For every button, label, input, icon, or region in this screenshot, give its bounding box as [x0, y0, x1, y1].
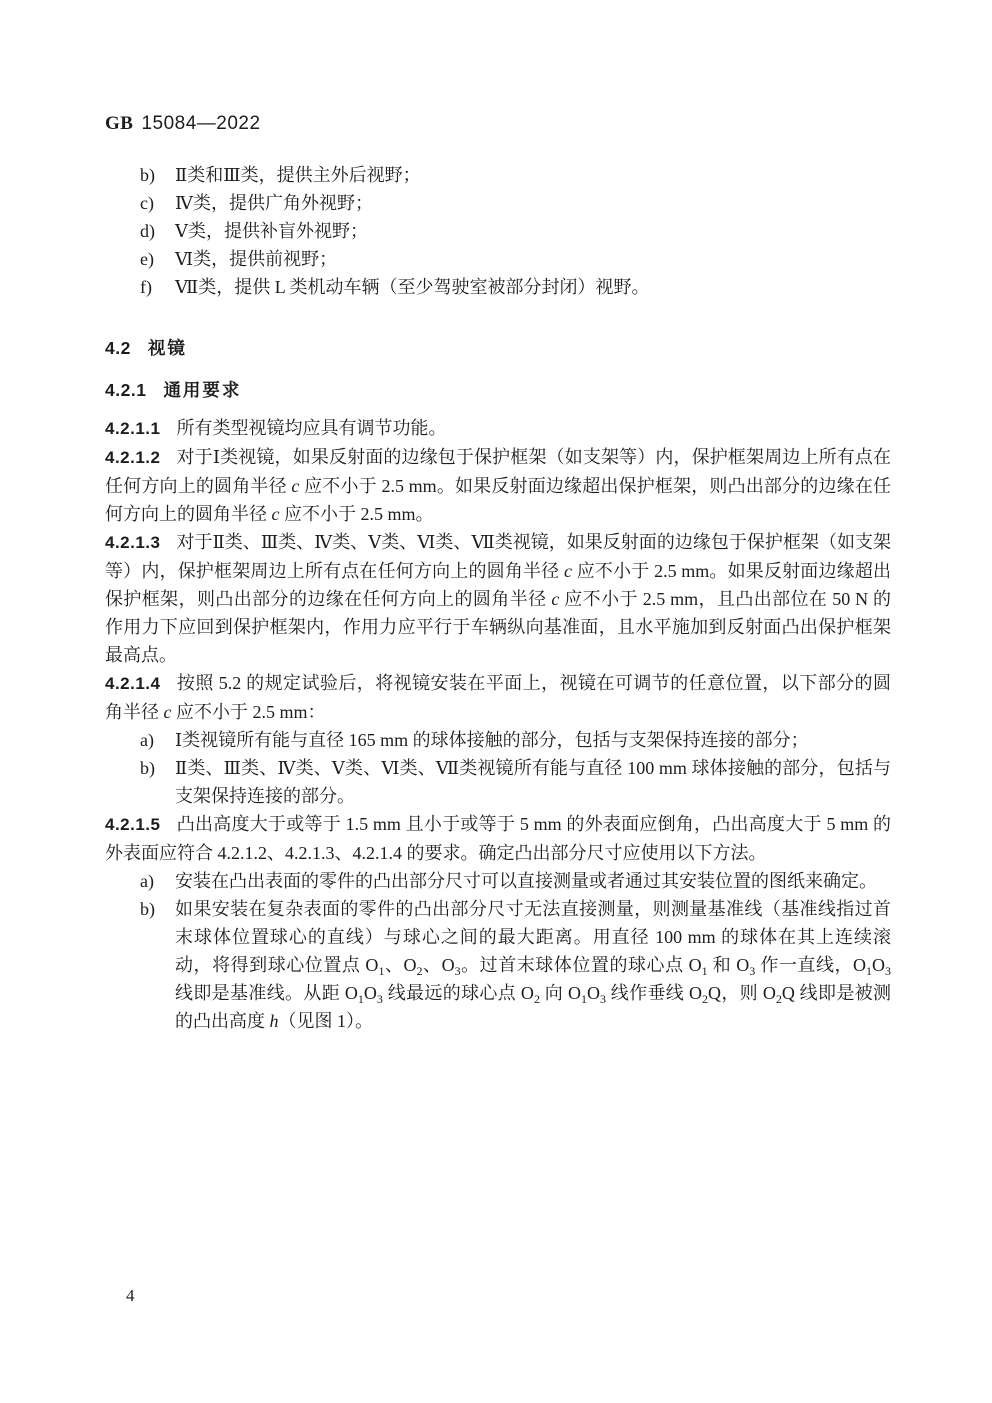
- clause-text: 对于Ⅰ类视镜，如果反射面的边缘包于保护框架（如支架等）内，保护框架周边上所有点在…: [105, 447, 891, 524]
- subsection-number: 4.2.1: [105, 380, 146, 400]
- list-item-label: b): [140, 895, 175, 1035]
- standard-number: 15084—2022: [141, 113, 260, 134]
- list-item: b) Ⅱ类和Ⅲ类，提供主外后视野；: [105, 161, 891, 189]
- subsection-heading: 4.2.1通用要求: [105, 376, 891, 404]
- standard-prefix: GB: [105, 113, 133, 134]
- clause-4215-item-b: b) 如果安装在复杂表面的零件的凸出部分尺寸无法直接测量，则测量基准线（基准线指…: [105, 895, 891, 1035]
- clause-number: 4.2.1.3: [105, 533, 161, 552]
- list-item: c) Ⅳ类，提供广角外视野；: [105, 189, 891, 217]
- list-item-label: d): [140, 217, 175, 245]
- list-item-text: 安装在凸出表面的零件的凸出部分尺寸可以直接测量或者通过其安装位置的图纸来确定。: [175, 867, 891, 895]
- list-item-text: Ⅶ类，提供 L 类机动车辆（至少驾驶室被部分封闭）视野。: [175, 273, 891, 301]
- clause-text: 对于Ⅱ类、Ⅲ类、Ⅳ类、Ⅴ类、Ⅵ类、Ⅶ类视镜，如果反射面的边缘包于保护框架（如支架…: [105, 532, 891, 665]
- clause-4212: 4.2.1.2对于Ⅰ类视镜，如果反射面的边缘包于保护框架（如支架等）内，保护框架…: [105, 443, 891, 528]
- list-item-text: Ⅳ类，提供广角外视野；: [175, 189, 891, 217]
- clause-number: 4.2.1.2: [105, 448, 161, 467]
- list-item-text: Ⅴ类，提供补盲外视野；: [175, 217, 891, 245]
- list-item-text: Ⅰ类视镜所有能与直径 165 mm 的球体接触的部分，包括与支架保持连接的部分；: [175, 726, 891, 754]
- list-item-text: 如果安装在复杂表面的零件的凸出部分尺寸无法直接测量，则测量基准线（基准线指过首末…: [175, 895, 891, 1035]
- list-item-label: f): [140, 273, 175, 301]
- list-item-label: a): [140, 867, 175, 895]
- clause-4214-item-a: a) Ⅰ类视镜所有能与直径 165 mm 的球体接触的部分，包括与支架保持连接的…: [105, 726, 891, 754]
- clause-4211: 4.2.1.1所有类型视镜均应具有调节功能。: [105, 414, 891, 443]
- clause-text: 所有类型视镜均应具有调节功能。: [177, 418, 447, 438]
- page-content: GB15084—2022 b) Ⅱ类和Ⅲ类，提供主外后视野； c) Ⅳ类，提供广…: [105, 112, 891, 1035]
- list-item-label: a): [140, 726, 175, 754]
- section-heading: 4.2视镜: [105, 334, 891, 362]
- document-page: GB15084—2022 b) Ⅱ类和Ⅲ类，提供主外后视野； c) Ⅳ类，提供广…: [0, 0, 992, 1403]
- clause-block: 4.2.1.1所有类型视镜均应具有调节功能。 4.2.1.2对于Ⅰ类视镜，如果反…: [105, 414, 891, 1035]
- list-item-label: b): [140, 161, 175, 189]
- subsection-title: 通用要求: [163, 380, 241, 400]
- clause-number: 4.2.1.1: [105, 419, 161, 438]
- clause-text: 按照 5.2 的规定试验后，将视镜安装在平面上，视镜在可调节的任意位置，以下部分…: [105, 673, 891, 722]
- clause-4215: 4.2.1.5凸出高度大于或等于 1.5 mm 且小于或等于 5 mm 的外表面…: [105, 810, 891, 867]
- list-item-label: c): [140, 189, 175, 217]
- clause-number: 4.2.1.5: [105, 815, 161, 834]
- list-item-text: Ⅱ类、Ⅲ类、Ⅳ类、Ⅴ类、Ⅵ类、Ⅶ类视镜所有能与直径 100 mm 球体接触的部分…: [175, 754, 891, 810]
- clause-4213: 4.2.1.3对于Ⅱ类、Ⅲ类、Ⅳ类、Ⅴ类、Ⅵ类、Ⅶ类视镜，如果反射面的边缘包于保…: [105, 528, 891, 669]
- clause-text: 凸出高度大于或等于 1.5 mm 且小于或等于 5 mm 的外表面应倒角，凸出高…: [105, 814, 891, 863]
- clause-4214-item-b: b) Ⅱ类、Ⅲ类、Ⅳ类、Ⅴ类、Ⅵ类、Ⅶ类视镜所有能与直径 100 mm 球体接触…: [105, 754, 891, 810]
- list-item: e) Ⅵ类，提供前视野；: [105, 245, 891, 273]
- list-item-text: Ⅵ类，提供前视野；: [175, 245, 891, 273]
- clause-4214: 4.2.1.4按照 5.2 的规定试验后，将视镜安装在平面上，视镜在可调节的任意…: [105, 669, 891, 726]
- clause-number: 4.2.1.4: [105, 674, 161, 693]
- clause-4215-item-a: a) 安装在凸出表面的零件的凸出部分尺寸可以直接测量或者通过其安装位置的图纸来确…: [105, 867, 891, 895]
- section-title: 视镜: [148, 338, 187, 358]
- document-code-header: GB15084—2022: [105, 112, 891, 136]
- list-item-text: Ⅱ类和Ⅲ类，提供主外后视野；: [175, 161, 891, 189]
- page-number: 4: [126, 1284, 135, 1308]
- section-number: 4.2: [105, 338, 131, 358]
- list-item: f) Ⅶ类，提供 L 类机动车辆（至少驾驶室被部分封闭）视野。: [105, 273, 891, 301]
- list-item: d) Ⅴ类，提供补盲外视野；: [105, 217, 891, 245]
- mirror-class-list: b) Ⅱ类和Ⅲ类，提供主外后视野； c) Ⅳ类，提供广角外视野； d) Ⅴ类，提…: [105, 161, 891, 301]
- list-item-label: b): [140, 754, 175, 810]
- list-item-label: e): [140, 245, 175, 273]
